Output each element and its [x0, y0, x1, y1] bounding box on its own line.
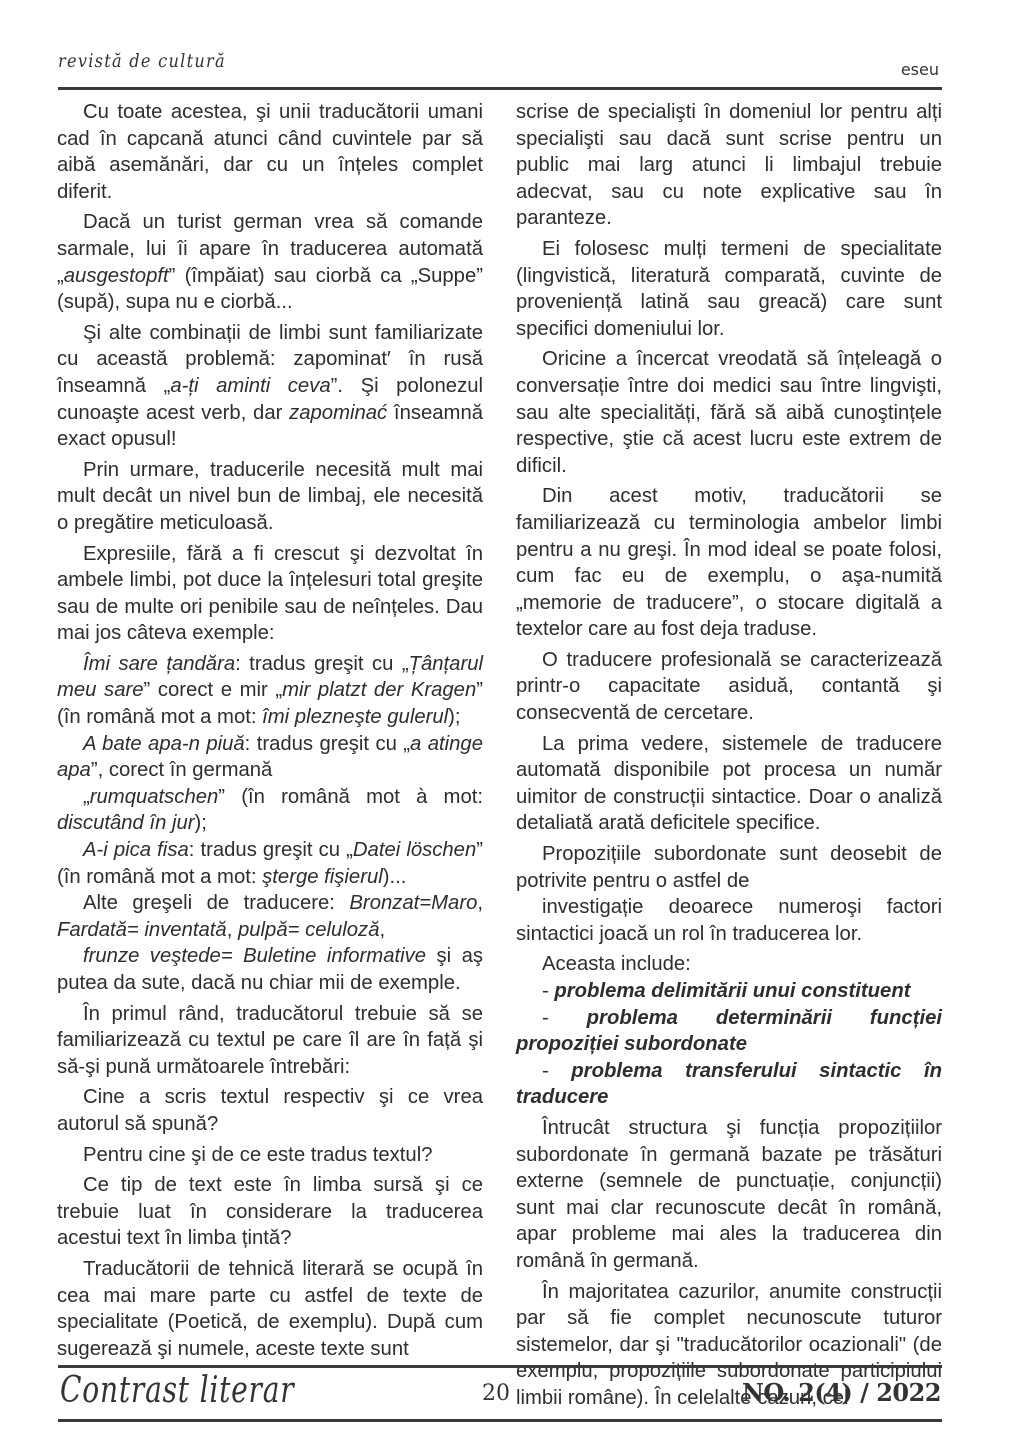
italic-term: ausgestopft	[64, 265, 169, 287]
text-run: );	[195, 812, 207, 834]
paragraph: Alte greşeli de traducere: Bronzat=Maro,…	[57, 890, 483, 943]
italic-term: zapominać	[289, 402, 387, 424]
footer-divider-bottom	[58, 1419, 942, 1422]
italic-term: Datei löschen	[353, 839, 476, 861]
paragraph: La prima vedere, sistemele de traducere …	[516, 731, 942, 837]
italic-term: A bate apa-n piuă	[83, 733, 245, 755]
text-run: );	[448, 706, 460, 728]
paragraph: Pentru cine şi de ce este tradus textul?	[57, 1142, 483, 1169]
example-item: Îmi sare țandăra: tradus greşit cu „Țânț…	[57, 651, 483, 731]
italic-term: Bronzat=Maro	[349, 892, 477, 914]
paragraph: Ei folosesc mulți termeni de specialitat…	[516, 236, 942, 342]
italic-term: şterge fişierul	[262, 866, 383, 888]
list-item: - problema delimitării unui constituent	[516, 978, 942, 1005]
paragraph: Propozițiile subordonate sunt deosebit d…	[516, 841, 942, 894]
italic-term: îmi plezneşte gulerul	[262, 706, 448, 728]
paragraph: Şi alte combinații de limbi sunt familia…	[57, 320, 483, 453]
text-run: Alte greşeli de traducere:	[83, 892, 349, 914]
paragraph: Aceasta include:	[516, 951, 942, 978]
paragraph: Cine a scris textul respectiv şi ce vrea…	[57, 1084, 483, 1137]
italic-term: mir platzt der Kragen	[282, 679, 476, 701]
paragraph: O traducere profesională se caracterizea…	[516, 647, 942, 727]
paragraph: Oricine a încercat vreodată să înțeleagă…	[516, 346, 942, 479]
left-column: Cu toate acestea, şi unii traducătorii u…	[57, 99, 483, 1366]
paragraph: Prin urmare, traducerile necesită mult m…	[57, 457, 483, 537]
paragraph: scrise de specialişti în domeniul lor pe…	[516, 99, 942, 232]
italic-term: Îmi sare țandăra	[83, 653, 235, 675]
footer-divider-top	[58, 1365, 942, 1368]
paragraph: Ce tip de text este în limba sursă şi ce…	[57, 1172, 483, 1252]
magazine-tagline: revistă de cultură	[58, 50, 226, 72]
text-run: ,	[477, 892, 483, 914]
list-item: - problema transferului sintactic în tra…	[516, 1058, 942, 1111]
italic-term: frunze veştede= Buletine informative	[83, 945, 426, 967]
page-number: 20	[482, 1381, 510, 1406]
paragraph: Întrucât structura şi funcția propoziții…	[516, 1115, 942, 1275]
text-run: ” (în română mot à mot:	[218, 786, 483, 808]
paragraph: Din acest motiv, traducătorii se familia…	[516, 483, 942, 643]
list-item-text: problema transferului sintactic în tradu…	[516, 1060, 942, 1109]
paragraph: Cu toate acestea, şi unii traducătorii u…	[57, 99, 483, 205]
list-bullet: -	[542, 980, 554, 1002]
italic-term: pulpă= celuloză	[238, 919, 380, 941]
example-item: A bate apa-n piuă: tradus greşit cu „a a…	[57, 731, 483, 784]
right-column: scrise de specialişti în domeniul lor pe…	[516, 99, 942, 1416]
italic-term: rumquatschen	[90, 786, 219, 808]
paragraph: investigație deoarece numeroşi factori s…	[516, 894, 942, 947]
text-run: ” corect e mir „	[144, 679, 283, 701]
text-run: ,	[227, 919, 238, 941]
paragraph: Dacă un turist german vrea să comande sa…	[57, 209, 483, 315]
text-run: „	[83, 786, 90, 808]
example-item: „rumquatschen” (în română mot à mot: dis…	[57, 784, 483, 837]
list-item: - problema determinării funcției propozi…	[516, 1005, 942, 1058]
paragraph: frunze veştede= Buletine informative şi …	[57, 943, 483, 996]
paragraph: Traducătorii de tehnică literară se ocup…	[57, 1256, 483, 1362]
text-run: ”, corect în germană	[91, 759, 272, 781]
paragraph: Expresiile, fără a fi crescut şi dezvolt…	[57, 541, 483, 647]
text-run: : tradus greşit cu „	[235, 653, 408, 675]
header-divider	[58, 87, 942, 90]
magazine-logo: Contrast literar	[60, 1370, 294, 1411]
italic-term: Fardată= inventată	[57, 919, 227, 941]
issue-number: NO. 2(4) / 2022	[742, 1378, 941, 1407]
italic-term: A-i pica fisa	[83, 839, 189, 861]
text-run: : tradus greşit cu „	[189, 839, 353, 861]
section-label: eseu	[901, 60, 939, 79]
example-item: A-i pica fisa: tradus greşit cu „Datei l…	[57, 837, 483, 890]
text-run: : tradus greşit cu „	[245, 733, 410, 755]
paragraph: În primul rând, traducătorul trebuie să …	[57, 1001, 483, 1081]
list-item-text: problema delimitării unui constituent	[554, 980, 910, 1002]
text-run: ,	[379, 919, 385, 941]
italic-term: a-ți aminti ceva	[170, 375, 330, 397]
italic-term: discutând în jur	[57, 812, 195, 834]
list-bullet: -	[542, 1007, 587, 1029]
list-bullet: -	[542, 1060, 571, 1082]
text-run: )...	[383, 866, 407, 888]
